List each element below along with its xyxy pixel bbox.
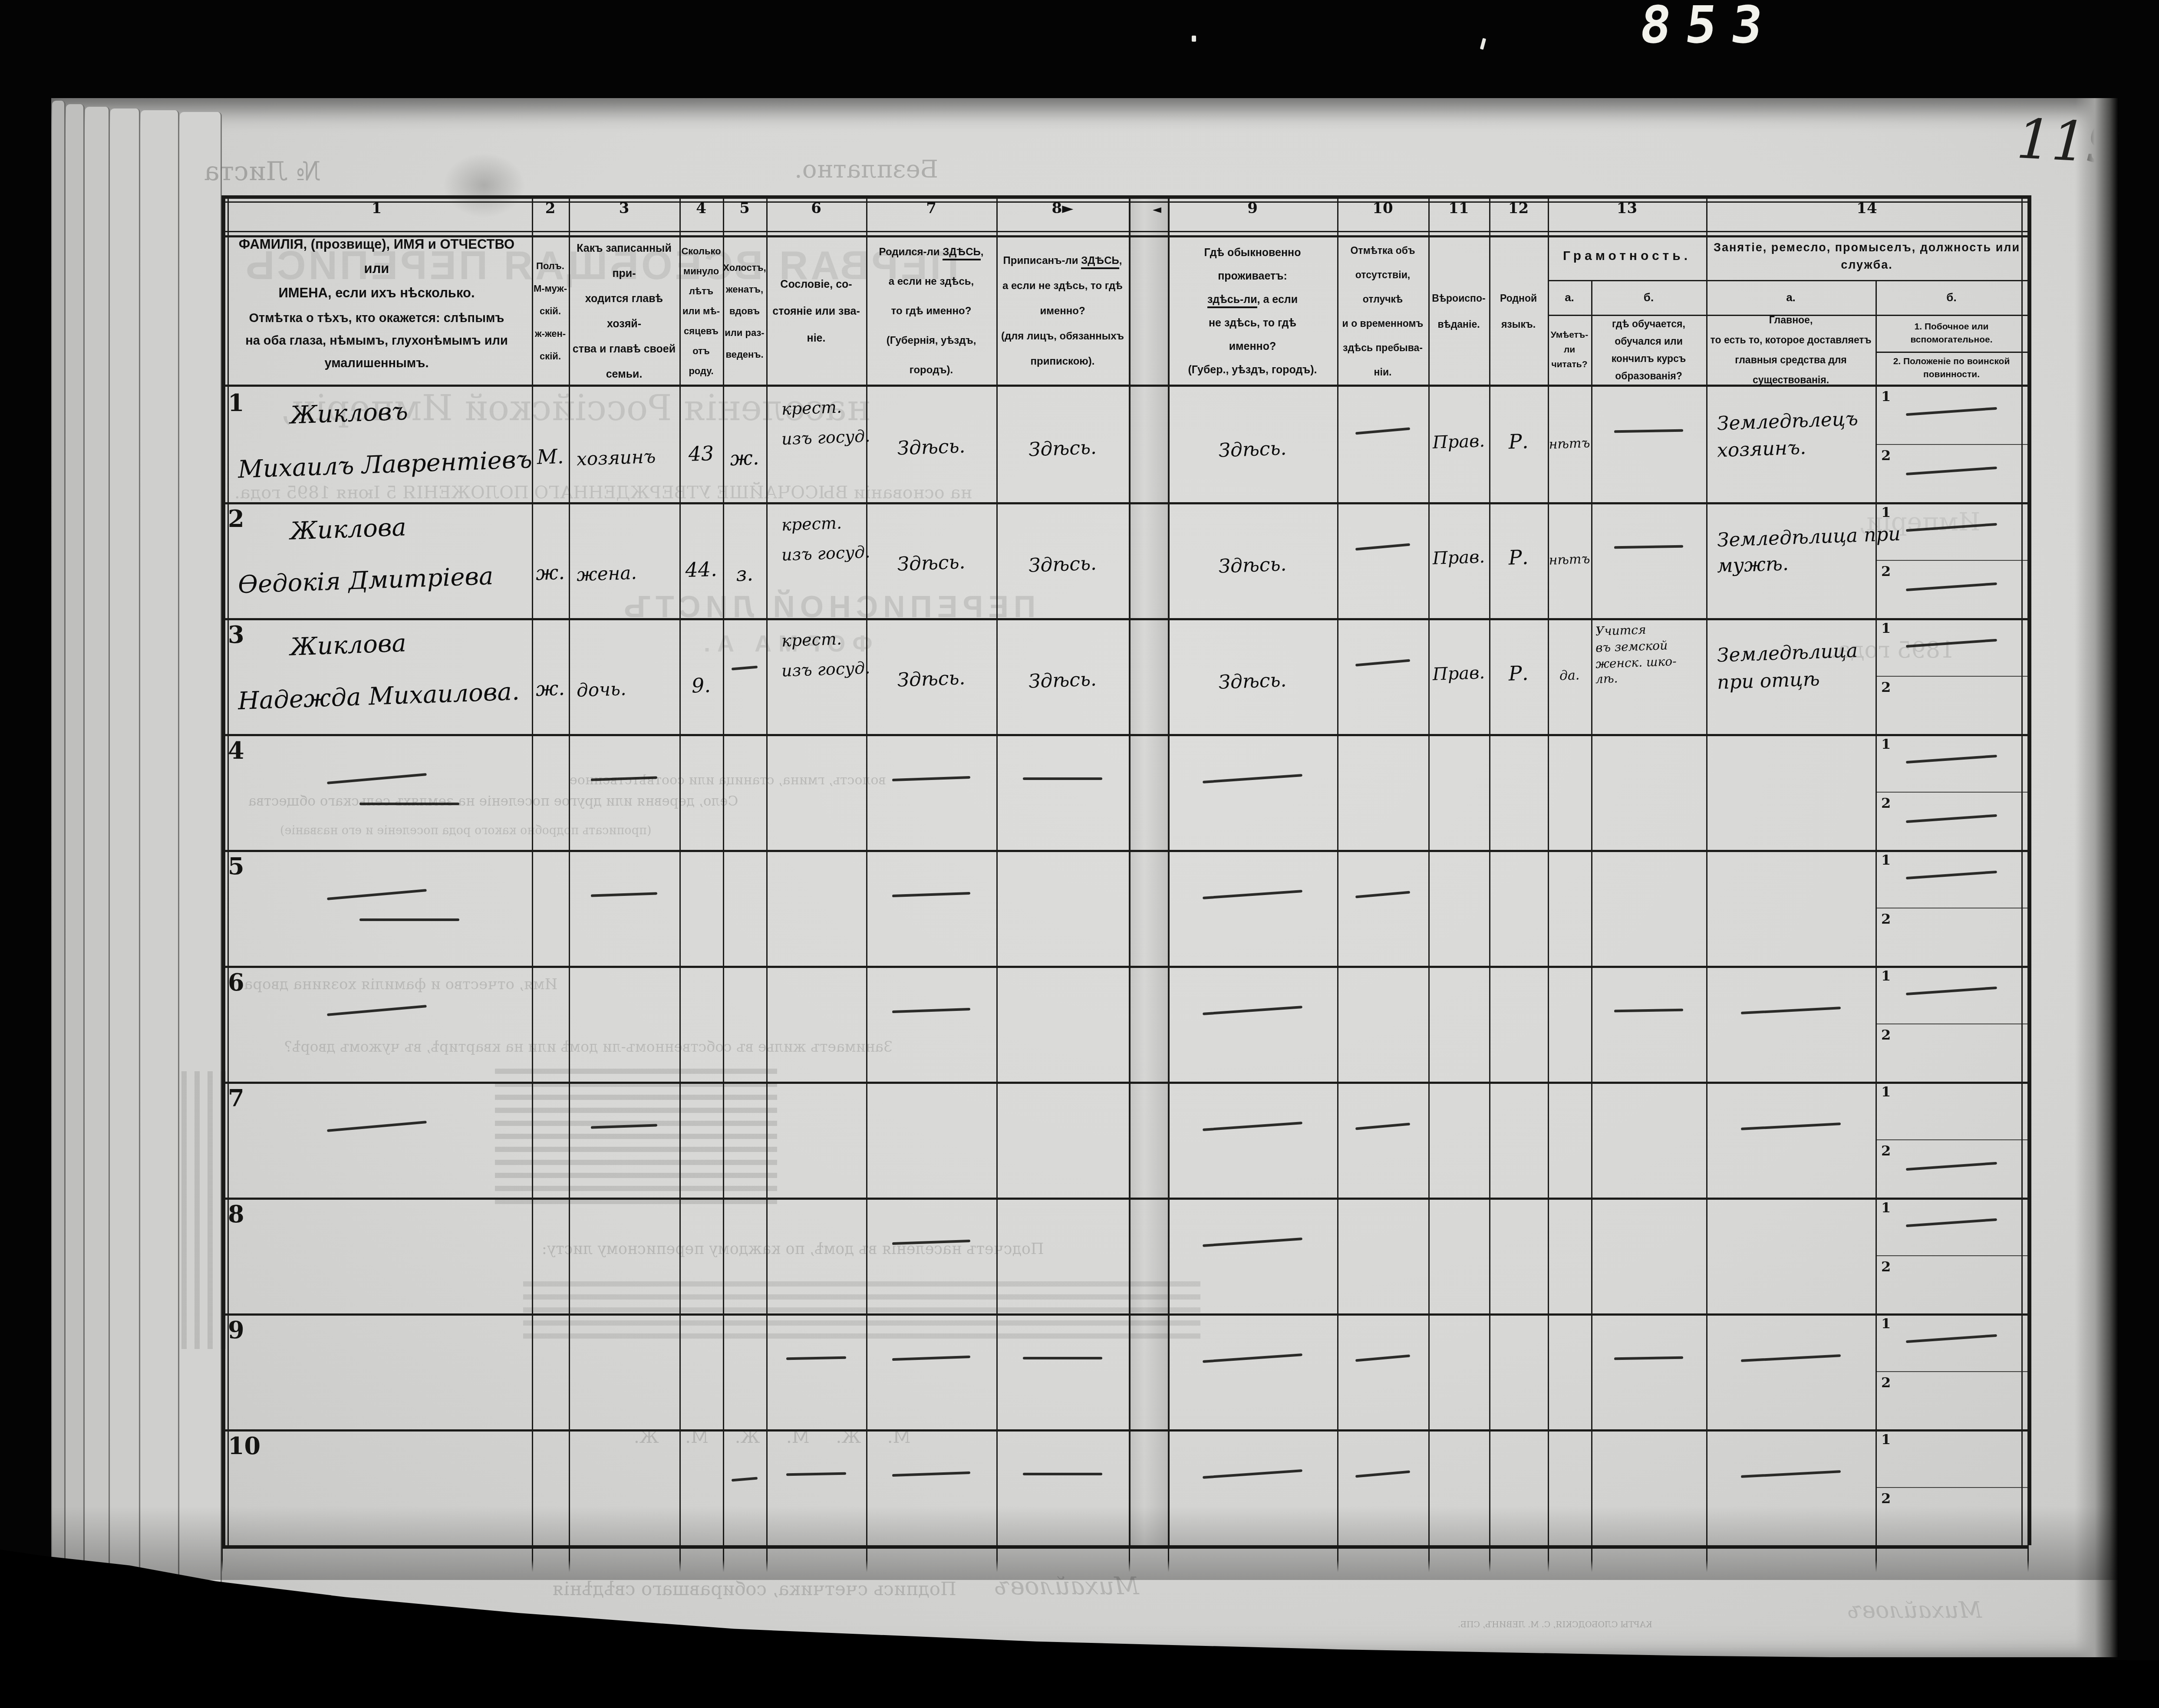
grid-hline-halfrow	[1876, 908, 2027, 908]
grid-vline	[679, 195, 681, 1545]
grid-vline	[532, 195, 533, 1545]
entry-estate: изъ госуд.	[781, 542, 870, 564]
column-number: 8►	[996, 200, 1129, 217]
ghost-list-no: № Листа	[204, 156, 320, 187]
header-occupation-group: Занятіе, ремесло, промыселъ, должность и…	[1706, 232, 2027, 280]
row-number: 2	[228, 505, 244, 533]
subrow-1-label: 1	[1881, 620, 1891, 636]
subrow-2-label: 2	[1881, 911, 1891, 927]
entry-education: въ земской	[1595, 638, 1668, 655]
grid-vline	[1168, 195, 1170, 1545]
entry-birthplace: Здѣсь.	[866, 550, 997, 576]
header-age: Сколькоминулолѣтъили мѣ-сяцевъотъ роду.	[679, 238, 723, 385]
ghost-village-line: Село, деревня или другое поселеніе на зе…	[248, 793, 738, 809]
entry-marital: ж.	[722, 445, 767, 470]
entry-marital: з.	[722, 561, 767, 586]
ghost-note-paragraph	[495, 1069, 777, 1212]
entry-education: Учится	[1595, 622, 1646, 638]
ink-dash	[1023, 1357, 1102, 1359]
header-marital: Холостъ,женатъ,вдовъили раз-веденъ.	[723, 238, 766, 385]
subrow-2-label: 2	[1881, 1027, 1891, 1043]
ghost-tally-line: Подсчетъ населенія въ домѣ, по каждому п…	[542, 1241, 1044, 1258]
entry-sex: ж.	[531, 560, 569, 585]
grid-vline	[221, 195, 225, 1545]
column-number: 11	[1428, 200, 1489, 217]
row-number: 8	[228, 1200, 244, 1228]
film-speck	[1192, 36, 1196, 42]
column-number: 3	[569, 200, 679, 217]
entry-can-read: нѣтъ	[1547, 435, 1591, 452]
column-number: 5	[723, 200, 766, 217]
ink-dash	[1023, 777, 1102, 780]
entry-birthplace: Здѣсь.	[866, 666, 997, 692]
grid-vline	[766, 195, 768, 1545]
row-number: 4	[228, 737, 244, 764]
entry-registration: Здѣсь.	[996, 667, 1129, 694]
page-edge	[180, 112, 222, 1649]
subrow-1-label: 1	[1881, 852, 1891, 868]
grid-hline-halfrow	[1876, 1255, 2027, 1256]
grid-hline-halfrow	[1876, 1371, 2027, 1372]
ghost-free-label: Безплатно.	[794, 155, 938, 184]
subrow-1-label: 1	[1881, 388, 1891, 405]
entry-occupation: мужѣ.	[1717, 553, 1789, 577]
header-literacy-group: Грамотность.	[1548, 232, 1706, 280]
grid-hline-row	[221, 502, 2027, 504]
header-main-occupation: Главное,то есть то, которое доставляетъг…	[1706, 315, 1876, 385]
row-number: 1	[228, 389, 244, 417]
row-number: 10	[228, 1432, 260, 1460]
ghost-corner-signature: Михайловъ	[1847, 1597, 1982, 1623]
header-estate: Сословіе, со-стояніе или зва-ніе.	[767, 238, 865, 385]
header-can-read: Умѣетъ-личитать?	[1548, 315, 1591, 385]
header-where-studied: гдѣ обучается,обучался иликончилъ курсъо…	[1591, 315, 1706, 385]
bottom-shadow	[51, 1506, 2119, 1580]
entry-age: 9.	[679, 673, 723, 698]
entry-religion: Прав.	[1428, 547, 1490, 569]
entry-estate: крест.	[781, 398, 842, 419]
header-side-occupation: 1. Побочное или вспомогательное.	[1876, 315, 2027, 352]
column-number: 4	[679, 200, 723, 217]
subrow-1-label: 1	[1881, 736, 1891, 752]
header-sex: Полъ.М-муж-скій.ж-жен-скій.	[532, 238, 569, 385]
grid-hline-halfrow	[1876, 1139, 2027, 1140]
subrow-2-label: 2	[1881, 795, 1891, 811]
entry-surname: Жикловъ	[290, 397, 409, 429]
grid-hline-row	[221, 734, 2027, 736]
ghost-margin-note	[181, 1071, 234, 1349]
grid-hline-halfrow	[1876, 676, 2027, 677]
page-edge	[85, 107, 110, 1651]
row-number: 7	[228, 1084, 244, 1112]
page-edge	[110, 109, 140, 1650]
grid-hline-row	[221, 1082, 2027, 1084]
scanned-census-page: 853 119 № Листа Безплатно. ПЕРВАЯ ВСЕОБЩ…	[0, 0, 2159, 1708]
entry-age: 44.	[679, 557, 723, 582]
header-religion: Вѣроиспо-вѣданіе.	[1429, 238, 1488, 385]
entry-language: Р.	[1489, 429, 1548, 454]
header-name-column-note: Отмѣтка о тѣхъ, кто окажется: слѣпымъна …	[234, 299, 519, 382]
grid-hline-row	[221, 1313, 2027, 1316]
entry-birthplace: Здѣсь.	[866, 434, 997, 461]
grid-vline	[1591, 280, 1592, 1545]
header-occupation-b-label: б.	[1876, 280, 2027, 315]
header-literacy-a-label: а.	[1548, 280, 1591, 315]
subrow-1-label: 1	[1881, 1199, 1891, 1216]
row-number: 3	[228, 621, 244, 648]
ghost-printer-mark-right: КАРТЫ СЛОБОДСКІЯ, С. М. ЛЕВИНЪ, СПБ.	[1458, 1620, 1652, 1629]
grid-vline-inner	[2021, 195, 2023, 1545]
entry-relation: дочь.	[576, 678, 626, 701]
entry-education: лѣ.	[1595, 671, 1618, 686]
column-number: 1	[221, 200, 532, 217]
film-speck	[1480, 38, 1486, 49]
grid-hline-halfrow	[1876, 792, 2027, 793]
ink-dash	[359, 803, 459, 805]
subrow-2-label: 2	[1881, 563, 1891, 579]
subrow-1-label: 1	[1881, 1431, 1891, 1448]
grid-hline-row	[221, 850, 2027, 852]
entry-religion: Прав.	[1428, 431, 1490, 453]
grid-vline	[1428, 195, 1430, 1545]
column-number: 2	[532, 200, 569, 217]
column-number: 10	[1337, 200, 1428, 217]
entry-education: женск. шко-	[1595, 654, 1677, 671]
subrow-1-label: 1	[1881, 1315, 1891, 1332]
header-literacy-b-label: б.	[1591, 280, 1706, 315]
row-number: 9	[228, 1316, 244, 1344]
header-registration: Приписанъ-ли ЗДѢСЬ,а если не здѣсь, то г…	[997, 238, 1128, 385]
grid-vline	[996, 195, 998, 1545]
header-relation: Какъ записанный при-ходится главѣ хозяй-…	[570, 238, 679, 385]
column-number: 13	[1548, 200, 1706, 217]
grid-vline	[2027, 195, 2031, 1545]
film-frame-counter: 853	[1637, 0, 1781, 55]
grid-hline-halfrow	[1876, 444, 2027, 445]
grid-hline-halfrow	[1876, 1023, 2027, 1024]
column-number: 12	[1489, 200, 1548, 217]
row-number: 5	[228, 852, 244, 880]
grid-vline	[1129, 195, 1131, 1545]
subrow-2-label: 2	[1881, 1490, 1891, 1507]
subrow-2-label: 2	[1881, 1258, 1891, 1275]
subrow-2-label: 2	[1881, 1142, 1891, 1159]
page-fold	[1129, 195, 1168, 1545]
entry-estate: крест.	[781, 629, 842, 651]
page-edge	[52, 101, 66, 1652]
entry-relation: хозяинъ	[576, 446, 656, 470]
header-birthplace: Родился-ли ЗДѢСЬ,а если не здѣсь,то гдѣ …	[867, 238, 995, 385]
entry-relation: жена.	[576, 562, 637, 586]
row-number: 6	[228, 968, 244, 996]
grid-hline-row	[221, 618, 2027, 620]
subrow-1-label: 1	[1881, 504, 1891, 520]
ghost-village-note: (прописать подробно какого рода поселені…	[280, 824, 651, 837]
subrow-1-label: 1	[1881, 968, 1891, 984]
grid-vline	[569, 195, 570, 1545]
grid-vline	[723, 195, 724, 1545]
grid-vline	[1489, 195, 1490, 1545]
entry-estate: крест.	[781, 513, 842, 535]
header-military-status: 2. Положеніе по воинской повинности.	[1876, 352, 2027, 385]
grid-vline	[1706, 195, 1707, 1545]
right-paper-edge	[2075, 98, 2119, 1657]
entry-occupation: хозяинъ.	[1717, 436, 1806, 461]
grid-vline	[1337, 195, 1338, 1545]
column-number: 9	[1168, 200, 1337, 217]
subrow-2-label: 2	[1881, 1374, 1891, 1391]
page-edge	[66, 104, 85, 1652]
header-absence: Отмѣтка объотсутствіи, отлучкѣи о времен…	[1338, 238, 1427, 385]
entry-estate: изъ госуд.	[781, 426, 870, 448]
header-language: Роднойязыкъ.	[1490, 238, 1547, 385]
entry-occupation: при отцѣ	[1717, 668, 1820, 694]
entry-can-read: нѣтъ	[1547, 551, 1591, 568]
fold-arrow: ◄	[1148, 203, 1166, 216]
grid-hline-row	[221, 1198, 2027, 1200]
entry-estate: изъ госуд.	[781, 658, 870, 680]
grid-hline-row	[221, 1429, 2027, 1432]
grid-hline-top	[221, 195, 2027, 199]
entry-surname: Жиклова	[290, 629, 407, 661]
column-number: 7	[866, 200, 996, 217]
page-edge	[141, 110, 179, 1649]
entry-language: Р.	[1489, 661, 1548, 686]
ink-dash	[359, 918, 459, 921]
ink-dash	[1023, 1473, 1102, 1475]
ghost-owner-line: Имя, отчество и фамилія хозяина двора	[244, 976, 557, 993]
entry-surname: Жиклова	[290, 513, 407, 545]
grid-vline	[1876, 280, 1877, 1545]
grid-vline	[1548, 195, 1549, 1545]
grid-hline-row	[221, 966, 2027, 968]
grid-vline	[866, 195, 867, 1545]
entry-registration: Здѣсь.	[996, 551, 1129, 578]
subrow-2-label: 2	[1881, 447, 1891, 464]
entry-can-read: да.	[1547, 667, 1591, 684]
ghost-dwelling-line: Занимаетъ жилье въ собственномъ-ли домѣ …	[284, 1038, 893, 1055]
header-name-column: ФАМИЛІЯ, (прозвище), ИМЯ и ОТЧЕСТВО илиИ…	[234, 238, 519, 299]
subrow-1-label: 1	[1881, 1083, 1891, 1100]
ghost-signature-caption: Подпись счетчика, собиравшаго свѣдѣнія	[552, 1578, 956, 1599]
entry-sex: ж.	[531, 676, 569, 701]
ghost-title-law: на основаніи ВЫСОЧАЙШЕ УТВЕРЖДЕННАГО ПОЛ…	[234, 483, 972, 503]
grid-hline-halfrow	[1876, 560, 2027, 561]
entry-age: 43	[679, 441, 723, 466]
column-number: 6	[766, 200, 866, 217]
header-residence: Гдѣ обыкновеннопроживаетъ:здѣсь-ли, а ес…	[1169, 238, 1336, 385]
subrow-2-label: 2	[1881, 679, 1891, 695]
entry-sex: М.	[531, 444, 569, 469]
entry-registration: Здѣсь.	[996, 435, 1129, 462]
column-number: 14	[1706, 200, 2027, 217]
entry-religion: Прав.	[1428, 663, 1490, 685]
entry-language: Р.	[1489, 545, 1548, 570]
grid-hline-halfrow	[1876, 1487, 2027, 1488]
